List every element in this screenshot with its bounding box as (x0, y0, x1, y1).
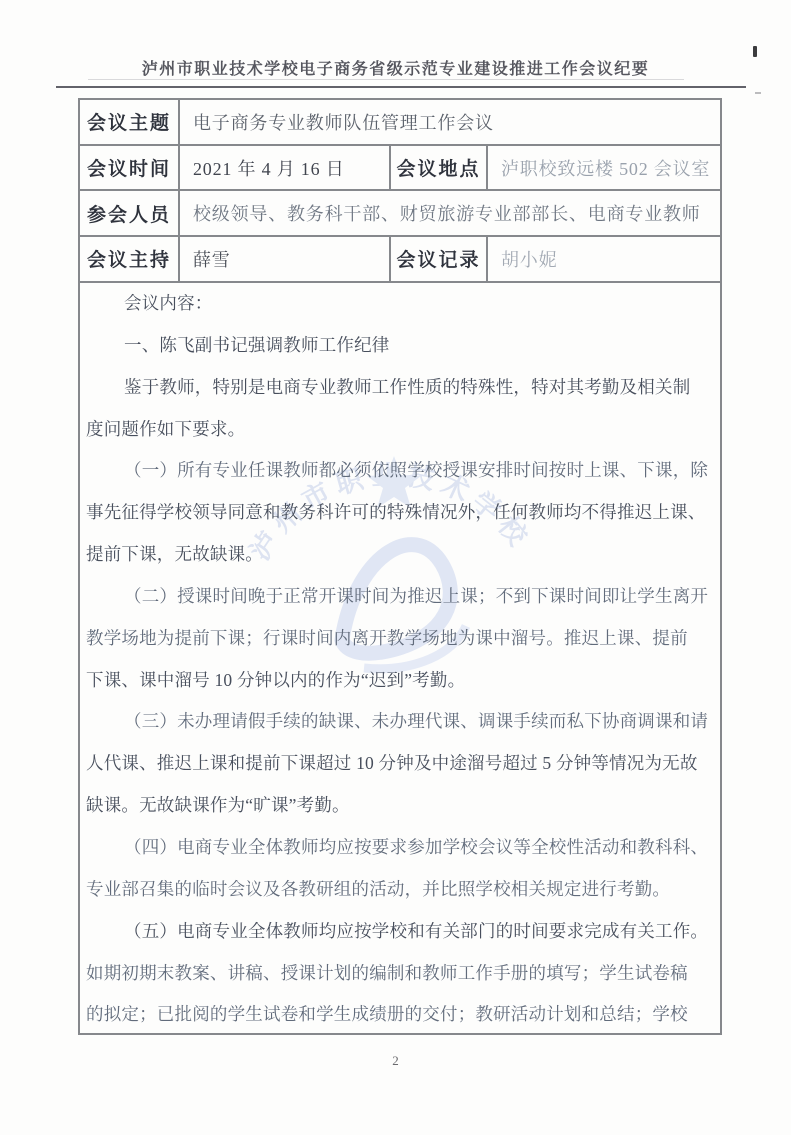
body-line: 如期初期末教案、讲稿、授课计划的编制和教师工作手册的填写；学生试卷稿 (86, 953, 716, 995)
header-rule-light (88, 79, 684, 80)
body-line: 专业部召集的临时会议及各教研组的活动，并比照学校相关规定进行考勤。 (86, 869, 716, 911)
body-line: 教学场地为提前下课；行课时间内离开教学场地为课中溜号。推迟上课、提前 (86, 618, 716, 660)
topic-label: 会议主题 (80, 100, 180, 146)
scan-artifact-dot (753, 46, 757, 57)
recorder-label: 会议记录 (391, 237, 488, 283)
host-value: 薛雪 (180, 237, 391, 283)
body-line: （二）授课时间晚于正常开课时间为推迟上课；不到下课时间即让学生离开 (86, 576, 716, 618)
topic-value: 电子商务专业教师队伍管理工作会议 (180, 100, 720, 146)
body-line: 事先征得学校领导同意和教务科许可的特殊情况外，任何教师均不得推迟上课、 (86, 492, 716, 534)
recorder-value: 胡小妮 (488, 237, 720, 283)
document-title: 泸州市职业技术学校电子商务省级示范专业建设推进工作会议纪要 (0, 56, 791, 79)
place-label: 会议地点 (391, 146, 488, 192)
body-line: 的拟定；已批阅的学生试卷和学生成绩册的交付；教研活动计划和总结；学校 (86, 994, 716, 1036)
body-line: 缺课。无故缺课作为“旷课”考勤。 (86, 785, 716, 827)
place-value: 泸职校致远楼 502 会议室 (488, 146, 720, 192)
body-line: 会议内容： (86, 283, 716, 325)
body-line: 一、陈飞副书记强调教师工作纪律 (86, 325, 716, 367)
body-line: 提前下课，无故缺课。 (86, 534, 716, 576)
meeting-info-grid: 会议主题 电子商务专业教师队伍管理工作会议 会议时间 2021 年 4 月 16… (80, 100, 720, 283)
body-line: 下课、课中溜号 10 分钟以内的作为“迟到”考勤。 (86, 660, 716, 702)
header-rule (56, 86, 746, 88)
body-line: （一）所有专业任课教师都必须依照学校授课安排时间按时上课、下课，除 (86, 450, 716, 492)
scan-artifact-tick (755, 92, 761, 94)
body-lines: 会议内容：一、陈飞副书记强调教师工作纪律鉴于教师，特别是电商专业教师工作性质的特… (80, 282, 720, 1036)
body-line: 鉴于教师，特别是电商专业教师工作性质的特殊性，特对其考勤及相关制 (86, 367, 716, 409)
time-label: 会议时间 (80, 146, 180, 192)
attendees-value: 校级领导、教务科干部、财贸旅游专业部部长、电商专业教师 (180, 191, 720, 237)
body-line: 人代课、推迟上课和提前下课超过 10 分钟及中途溜号超过 5 分钟等情况为无故 (86, 743, 716, 785)
host-label: 会议主持 (80, 237, 180, 283)
attendees-label: 参会人员 (80, 191, 180, 237)
body-line: （四）电商专业全体教师均应按要求参加学校会议等全校性活动和教科科、 (86, 827, 716, 869)
scanned-document-page: 泸州市职业技术学校 泸州市职业技术学校电子商务省级示范专业建设推进工作会议纪要 … (0, 0, 791, 1135)
time-value: 2021 年 4 月 16 日 (180, 146, 391, 192)
body-line: （三）未办理请假手续的缺课、未办理代课、调课手续而私下协商调课和请 (86, 701, 716, 743)
body-line: 度问题作如下要求。 (86, 409, 716, 451)
page-number: 2 (0, 1053, 791, 1069)
body-line: （五）电商专业全体教师均应按学校和有关部门的时间要求完成有关工作。 (86, 911, 716, 953)
